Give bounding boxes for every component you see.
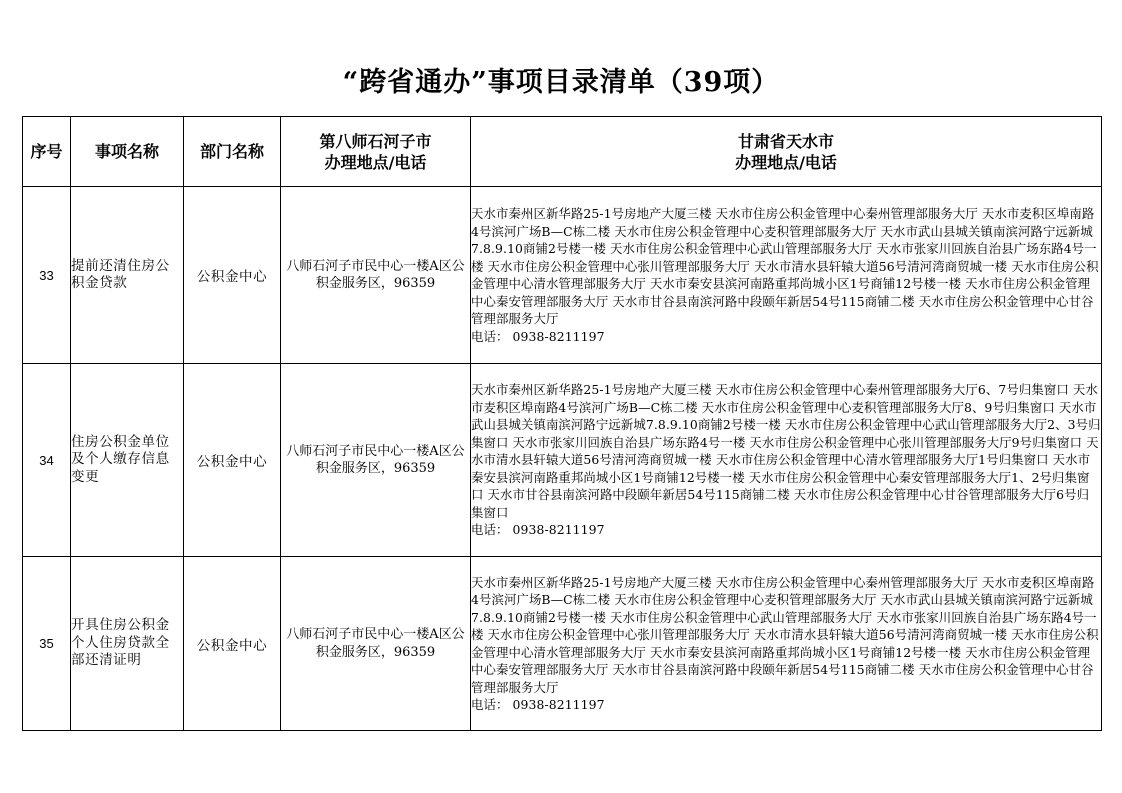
cell-item-name: 提前还清住房公积金贷款 (71, 187, 184, 364)
header-shihezi-line2: 办理地点/电话 (281, 152, 470, 173)
table-row: 34 住房公积金单位及个人缴存信息变更 公积金中心 八师石河子市民中心一楼A区公… (23, 364, 1102, 557)
cell-seq: 33 (23, 187, 71, 364)
cell-dept-name: 公积金中心 (184, 364, 281, 557)
cell-shihezi-location: 八师石河子市民中心一楼A区公积金服务区，96359 (281, 187, 471, 364)
header-seq: 序号 (23, 117, 71, 187)
tianshui-address: 天水市秦州区新华路25-1号房地产大厦三楼 天水市住房公积金管理中心秦州管理部服… (471, 205, 1101, 328)
matters-table: 序号 事项名称 部门名称 第八师石河子市 办理地点/电话 甘肃省天水市 办理地点… (22, 116, 1102, 731)
header-dept-name: 部门名称 (184, 117, 281, 187)
header-shihezi-line1: 第八师石河子市 (281, 131, 470, 152)
table-row: 35 开具住房公积金个人住房贷款全部还清证明 公积金中心 八师石河子市民中心一楼… (23, 557, 1102, 731)
cell-shihezi-location: 八师石河子市民中心一楼A区公积金服务区，96359 (281, 557, 471, 731)
table-header-row: 序号 事项名称 部门名称 第八师石河子市 办理地点/电话 甘肃省天水市 办理地点… (23, 117, 1102, 187)
header-tianshui-line2: 办理地点/电话 (471, 152, 1101, 173)
cell-tianshui-location: 天水市秦州区新华路25-1号房地产大厦三楼 天水市住房公积金管理中心秦州管理部服… (471, 187, 1102, 364)
tianshui-address: 天水市秦州区新华路25-1号房地产大厦三楼 天水市住房公积金管理中心秦州管理部服… (471, 381, 1101, 521)
header-tianshui-line1: 甘肃省天水市 (471, 131, 1101, 152)
table-row: 33 提前还清住房公积金贷款 公积金中心 八师石河子市民中心一楼A区公积金服务区… (23, 187, 1102, 364)
cell-item-name: 住房公积金单位及个人缴存信息变更 (71, 364, 184, 557)
cell-dept-name: 公积金中心 (184, 557, 281, 731)
tianshui-phone: 电话： 0938-8211197 (471, 521, 1101, 539)
tianshui-phone: 电话： 0938-8211197 (471, 696, 1101, 714)
page-title: “跨省通办”事项目录清单（39项） (0, 60, 1122, 99)
cell-item-name: 开具住房公积金个人住房贷款全部还清证明 (71, 557, 184, 731)
cell-tianshui-location: 天水市秦州区新华路25-1号房地产大厦三楼 天水市住房公积金管理中心秦州管理部服… (471, 557, 1102, 731)
header-item-name: 事项名称 (71, 117, 184, 187)
cell-dept-name: 公积金中心 (184, 187, 281, 364)
cell-tianshui-location: 天水市秦州区新华路25-1号房地产大厦三楼 天水市住房公积金管理中心秦州管理部服… (471, 364, 1102, 557)
cell-shihezi-location: 八师石河子市民中心一楼A区公积金服务区，96359 (281, 364, 471, 557)
header-shihezi-location: 第八师石河子市 办理地点/电话 (281, 117, 471, 187)
tianshui-address: 天水市秦州区新华路25-1号房地产大厦三楼 天水市住房公积金管理中心秦州管理部服… (471, 574, 1101, 697)
cell-seq: 35 (23, 557, 71, 731)
tianshui-phone: 电话： 0938-8211197 (471, 328, 1101, 346)
header-tianshui-location: 甘肃省天水市 办理地点/电话 (471, 117, 1102, 187)
cell-seq: 34 (23, 364, 71, 557)
